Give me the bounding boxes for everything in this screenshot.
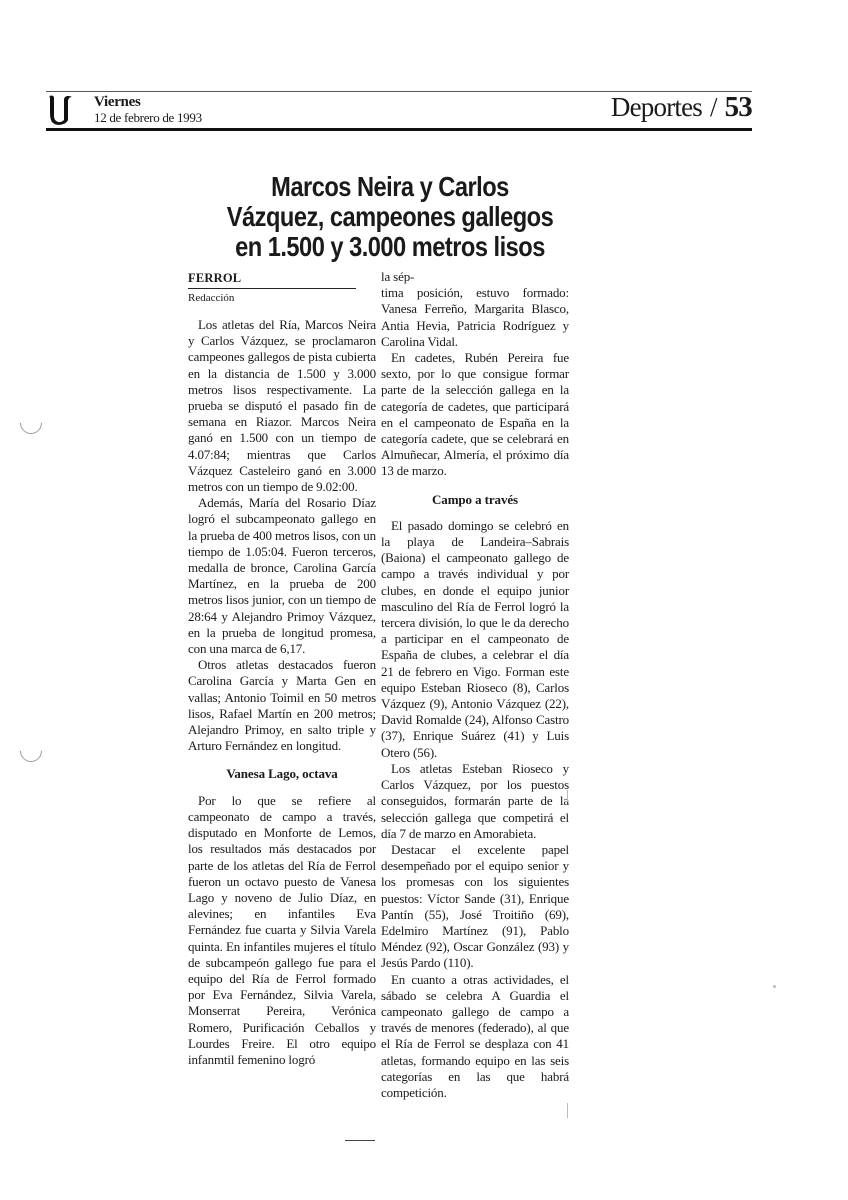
section-title: Deportes / 53 bbox=[611, 90, 752, 124]
headline-line: Vázquez, campeones gallegos bbox=[214, 202, 567, 232]
footer-rule bbox=[345, 1140, 375, 1141]
article-column-1: Los atletas del Ría, Marcos Neira y Carl… bbox=[188, 317, 376, 1068]
binder-hole-mark bbox=[15, 735, 46, 766]
byline: FERROL Redacción bbox=[188, 271, 356, 304]
paragraph: Por lo que se refiere al campeonato de c… bbox=[188, 793, 376, 1068]
continuation-fragment: la sép- bbox=[381, 269, 569, 285]
headline-line: en 1.500 y 3.000 metros lisos bbox=[214, 232, 567, 262]
paragraph: Los atletas del Ría, Marcos Neira y Carl… bbox=[188, 317, 376, 495]
scan-artifact-line bbox=[567, 790, 568, 802]
paragraph: Los atletas Esteban Rioseco y Carlos Váz… bbox=[381, 761, 569, 842]
headline-line: Marcos Neira y Carlos bbox=[214, 172, 567, 202]
paragraph: Además, María del Rosario Díaz logró el … bbox=[188, 495, 376, 657]
subheading: Campo a través bbox=[381, 492, 569, 508]
paragraph: En cuanto a otras actividades, el sábado… bbox=[381, 972, 569, 1102]
paragraph: En cadetes, Rubén Pereira fue sexto, por… bbox=[381, 350, 569, 480]
article-column-2: la sép- tima posición, estuvo formado: V… bbox=[381, 269, 569, 1101]
paragraph: Destacar el excelente papel desempeñado … bbox=[381, 842, 569, 972]
subheading: Vanesa Lago, octava bbox=[188, 766, 376, 782]
paragraph: Otros atletas destacados fueron Carolina… bbox=[188, 657, 376, 754]
paragraph: El pasado domingo se celebró en la playa… bbox=[381, 518, 569, 761]
issue-date: 12 de febrero de 1993 bbox=[94, 110, 202, 126]
weekday: Viernes bbox=[94, 94, 141, 111]
page-header: Viernes 12 de febrero de 1993 Deportes /… bbox=[46, 90, 752, 132]
scan-artifact-line bbox=[567, 1103, 568, 1118]
page-number: 53 bbox=[725, 91, 752, 123]
byline-role: Redacción bbox=[188, 292, 356, 304]
section-separator: / bbox=[710, 92, 717, 122]
scan-artifact-dot bbox=[773, 985, 776, 988]
binder-hole-mark bbox=[15, 407, 46, 438]
article-headline: Marcos Neira y Carlos Vázquez, campeones… bbox=[214, 172, 567, 262]
paragraph: tima posición, estuvo formado: Vanesa Fe… bbox=[381, 285, 569, 350]
section-name: Deportes bbox=[611, 92, 702, 122]
byline-place: FERROL bbox=[188, 271, 356, 289]
newspaper-masthead-logo-icon bbox=[46, 94, 76, 126]
